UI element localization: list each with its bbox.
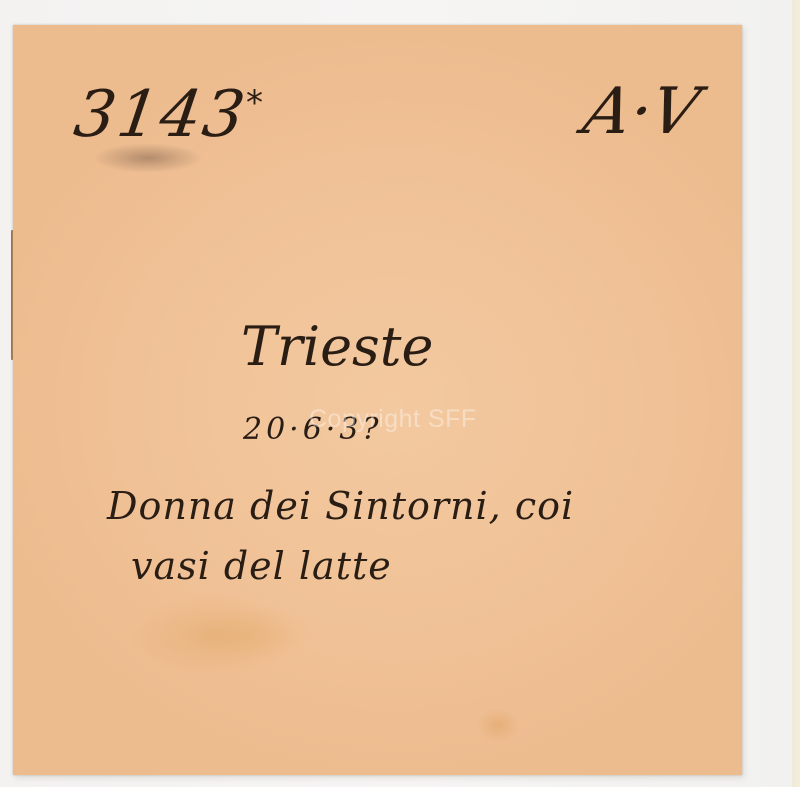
caption-line-1: Donna dei Sintorni, coi (107, 487, 574, 525)
place-name: Trieste (241, 320, 433, 374)
catalog-number: 3143 (71, 83, 251, 147)
adjacent-sheet-edge (792, 0, 800, 787)
scan-background: 3143 * A·V Trieste 20·6·3? Donna dei Sin… (0, 0, 800, 787)
copyright-watermark: Copyright SFF (309, 405, 477, 434)
collection-code: A·V (578, 80, 704, 144)
star-mark-icon: * (246, 83, 263, 123)
paper-label: 3143 * A·V Trieste 20·6·3? Donna dei Sin… (13, 25, 742, 775)
caption-line-2: vasi del latte (131, 547, 392, 585)
